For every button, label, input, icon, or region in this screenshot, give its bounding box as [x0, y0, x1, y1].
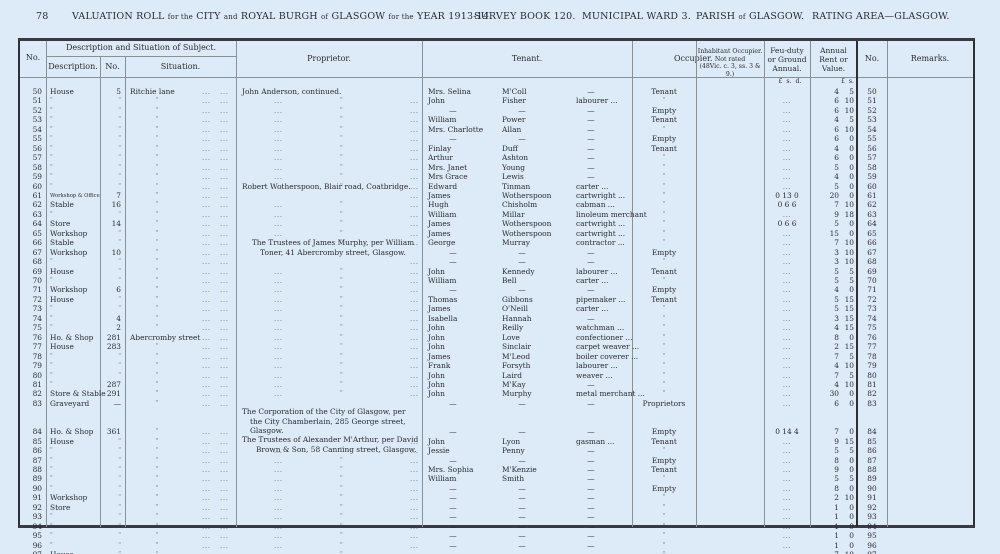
col-header-description-group: Description and Situation of Subject.	[46, 43, 236, 53]
rent-shillings-cell: 0	[840, 399, 854, 409]
parish: PARISH of GLASGOW.	[696, 11, 804, 22]
col-header-annual-rent: Annual Rent or Value.	[810, 46, 857, 73]
leader-dots: ...	[202, 550, 211, 554]
col-header-no: No.	[20, 53, 46, 63]
col-header-no-right: No.	[857, 54, 887, 64]
col-header-description: Description.	[46, 62, 100, 72]
rent-pounds-cell: 7	[810, 550, 839, 554]
proprietor-ditto: "	[340, 550, 343, 554]
table-row: 97House""———"...71097........."...	[20, 550, 973, 554]
rating-area: RATING AREA—GLASGOW.	[812, 11, 950, 22]
tenant-first-name-cell: —	[428, 399, 478, 409]
page-header: 78 VALUATION ROLL for the CITY and ROYAL…	[0, 11, 1000, 25]
tenant-surname-cell: —	[502, 550, 542, 554]
tenant-occupation-cell: —	[576, 399, 606, 409]
house-number-cell: —	[100, 399, 121, 409]
tenant-first-name-cell: —	[428, 550, 478, 554]
row-number: 97	[20, 550, 42, 554]
table-row: 83Graveyard—"———Proprietors...6083......	[20, 399, 973, 409]
annual-units: £ s.	[826, 78, 854, 86]
feu-duty-cell: ...	[764, 399, 810, 409]
header-subdivider	[46, 56, 236, 57]
col-header-proprietor: Proprietor.	[236, 54, 422, 64]
rent-pounds-cell: 6	[810, 399, 839, 409]
row-number-right: 97	[857, 550, 887, 554]
leader-dots: ...	[202, 399, 211, 409]
proprietor-end-dots: ...	[410, 550, 419, 554]
tenant-occupation-cell: —	[576, 550, 606, 554]
row-number: 83	[20, 399, 42, 409]
description-cell: House	[50, 550, 100, 554]
situation-cell: "	[142, 399, 172, 409]
col-header-feu-duty: Feu-duty or Ground Annual.	[764, 46, 810, 73]
feu-duty-cell: ...	[764, 550, 810, 554]
col-header-situation: Situation.	[125, 62, 236, 72]
survey-book: SURVEY BOOK 120.	[474, 11, 576, 22]
proprietor-leader-dots: ...	[274, 550, 283, 554]
tenant-surname-cell: —	[502, 399, 542, 409]
leader-dots: ...	[220, 399, 229, 409]
col-header-occupier: Occupier.	[674, 54, 698, 64]
col-header-tenant: Tenant.	[422, 54, 632, 64]
situation-cell: "	[142, 550, 172, 554]
municipal-ward: MUNICIPAL WARD 3.	[582, 11, 691, 22]
col-header-remarks: Remarks.	[887, 54, 973, 64]
valuation-table: No. Description and Situation of Subject…	[18, 38, 975, 528]
col-header-number: No.	[100, 62, 125, 72]
col-header-inhabitant: Inhabitant Occupier. Not rated (48Vic. c…	[696, 48, 764, 78]
feu-units: £ s. d.	[770, 78, 810, 86]
occupier-cell: Proprietors	[632, 399, 696, 409]
row-number-right: 83	[857, 399, 887, 409]
leader-dots: ...	[220, 550, 229, 554]
house-number-cell: "	[100, 550, 121, 554]
occupier-cell: "	[632, 550, 696, 554]
roll-title: VALUATION ROLL for the CITY and ROYAL BU…	[72, 11, 492, 22]
page-number: 78	[36, 11, 49, 22]
rent-shillings-cell: 10	[840, 550, 854, 554]
description-cell: Graveyard	[50, 399, 100, 409]
